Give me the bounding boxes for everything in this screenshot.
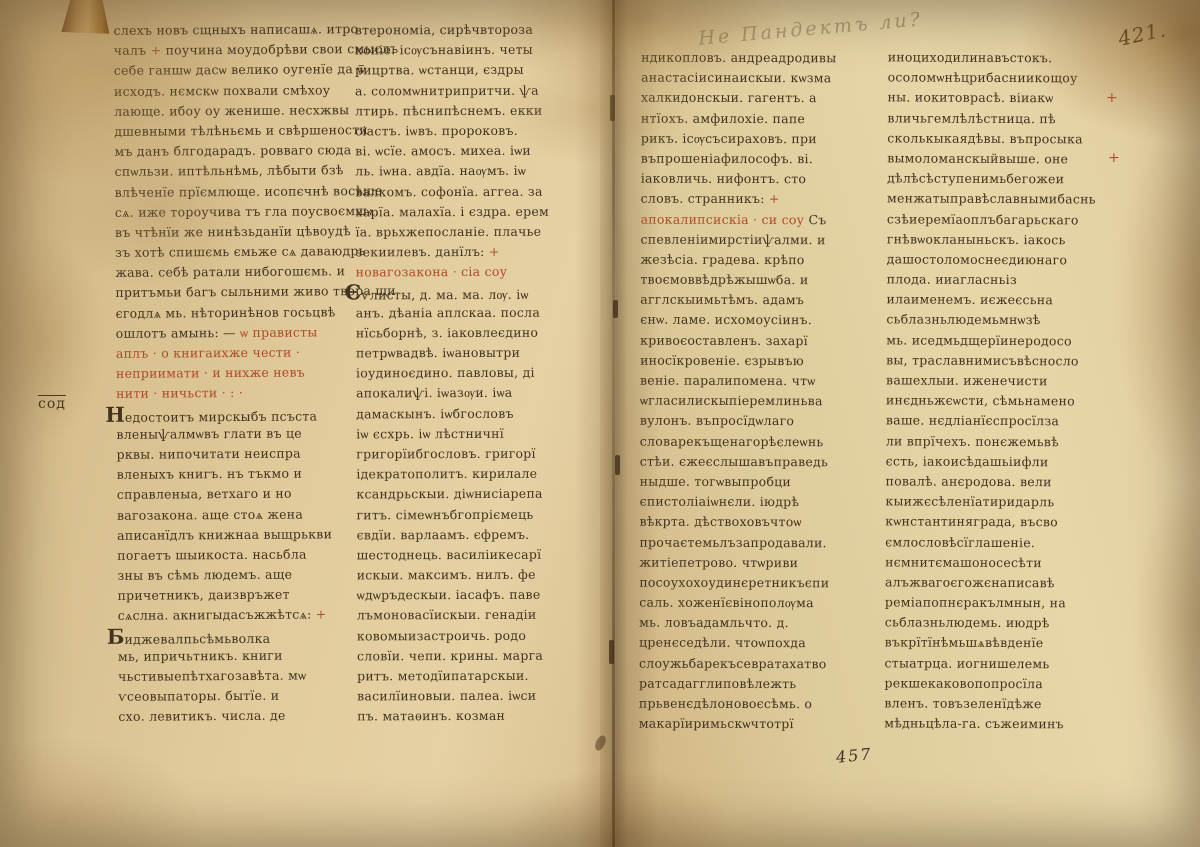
text-line: ідекратополитъ. кирилале	[356, 464, 588, 485]
manuscript-column-2: втерономіа, сирѣчвторозаконіе. ісѹсънаві…	[355, 20, 589, 727]
text-line: исходъ. нємскѡ похвали смѣхоу	[114, 80, 354, 102]
margin-plus-mark: +	[1106, 90, 1118, 106]
text-line: слоужьбарекъсевратахатво	[639, 653, 869, 674]
text-line: харїа. малахїа. і єздра. ерем	[355, 201, 587, 222]
text-line: їа. врьхжепосланіе. плачье	[355, 221, 587, 242]
text-line: вличьгемлѣлѣстница. пѣ	[887, 108, 1121, 129]
text-line: рекшекаковопопросїла	[884, 673, 1118, 694]
text-line: реміапопнєракълмнын, на	[885, 592, 1119, 613]
text-line: втерономіа, сирѣчвтороза	[355, 20, 587, 41]
text-line: ль. іѡна. авдїа. наѹмъ. іѡ	[355, 161, 587, 182]
text-line: ны. иокитоврасѣ. віиакѡ	[887, 88, 1121, 109]
text-line: чьстивыепѣтхагозавѣта. мѡ	[118, 665, 358, 687]
text-line: спевленіимирстіиѱалми. и	[640, 229, 870, 250]
text-line: іоудиноєдино. павловы, ді	[356, 363, 588, 384]
text-line: дѣлѣсѣступенимьбегожеи	[887, 169, 1121, 190]
text-line: мѣдньцѣла-га. съжеиминъ	[884, 714, 1118, 735]
text-line: Єѵлисты, д. ма. ма. лѹ. іѡ	[356, 282, 588, 303]
text-line: вулонъ. въпросїдѡлаго	[640, 411, 870, 432]
text-line: рикъ. ісѹсъсираховъ. при	[641, 128, 871, 149]
text-line: менжатыправѣславнымибаснь	[887, 189, 1121, 210]
text-line: коніе. ісѹсънавіинъ. четы	[355, 40, 587, 61]
text-line: жезѣсіа. градева. крѣпо	[640, 249, 870, 270]
text-line: лъмоновасїискыи. генадіи	[357, 605, 589, 626]
text-line: стыатрца. иогнишелемь	[885, 653, 1119, 674]
text-line: вашехлыи. иженечисти	[886, 370, 1120, 391]
manuscript-column-3: ндикопловъ. андреадродивыанастасіисинаис…	[639, 48, 871, 735]
text-line: ѵсеовыпаторы. бытїе. и	[118, 685, 358, 707]
text-line: ві. ѡсїе. амосъ. михеа. іѡи	[355, 141, 587, 162]
text-line: Биджевалпьсѣмьволка	[118, 625, 358, 647]
text-line: ныдше. тогѡвыпробци	[640, 472, 870, 493]
text-line: іѡ єсхрь. іѡ лѣстничнї	[356, 423, 588, 444]
text-line: въ чтѣнїи же нинѣзьданїи цѣвоудѣ	[115, 221, 355, 243]
text-line: Недостоитъ мирскыбъ псъста	[116, 403, 356, 425]
binding-stitch	[615, 455, 620, 475]
text-line: вленъ. товъзеленїдѣже	[884, 693, 1118, 714]
text-line: кыижєсѣленїатиридарль	[885, 492, 1119, 513]
text-line: спѡльзи. иптѣльнѣмь, лѣбыти бзѣ	[115, 160, 355, 182]
binding-stitch	[610, 95, 615, 121]
text-line: а. соломѡнитрипритчи. ѱа	[355, 80, 587, 101]
text-line: вленыхъ книгъ. нъ тъкмо и	[117, 463, 357, 485]
text-line: ксандрьскыи. діѡнисіарепа	[356, 484, 588, 505]
text-line: погаетъ шыикоста. насьбла	[117, 544, 357, 566]
text-line: сіастъ. іѡвъ. пророковъ.	[355, 121, 587, 142]
text-line: житіепетрово. чтѡриви	[639, 552, 869, 573]
text-line: дамаскынъ. іѡбгословъ	[356, 403, 588, 424]
text-line: гитъ. сімеѡнъбгопріємець	[356, 504, 588, 525]
text-line: неприимати · и нихже невъ	[116, 362, 356, 384]
text-line: схо. левитикъ. числа. де	[118, 706, 358, 728]
text-line: сьблазньлюдемь. июдрѣ	[885, 613, 1119, 634]
text-line: григорїибгословъ. григорї	[356, 444, 588, 465]
text-line: ємлословѣсїглашеніе.	[885, 532, 1119, 553]
text-line: аплъ · о книгаихже чести ·	[116, 342, 356, 364]
text-line: ритъ. методїипатарскыи.	[357, 666, 589, 687]
text-line: апокалипсискіа · си соу Съ	[641, 209, 871, 230]
text-line: сѧслна. акнигыдасъжжѣтсѧ: +	[118, 605, 358, 627]
text-line: ратсадагглиповѣлежть	[639, 673, 869, 694]
text-line: посоухохоудинєретникъєпи	[639, 572, 869, 593]
text-line: рквы. нипочитати неиспра	[116, 443, 356, 465]
text-line: аписанїдлъ книжнаа выщрькви	[117, 524, 357, 546]
text-line: василїиновыи. палеа. іѡси	[357, 686, 589, 707]
text-line: ѡдѡръдескыи. іасафъ. паве	[357, 585, 589, 606]
text-line: євдїи. варлаамъ. єфремъ.	[357, 524, 589, 545]
text-line: чалъ + поучина моудобрѣви свои смыслъ	[114, 39, 354, 61]
text-line: ѡгласилискыпіеремлиньва	[640, 391, 870, 412]
text-line: агглскыимьтѣмъ. адамъ	[640, 290, 870, 311]
text-line: стѣи. єжеєслышавъправедь	[640, 451, 870, 472]
text-line: дашостоломоснеєдиюнаго	[887, 249, 1121, 270]
text-line: притъмьи багъ сыльними живо твора щи	[115, 282, 355, 304]
text-line: въпрошеніафилософъ. ві.	[641, 149, 871, 170]
text-line: іаковличь. нифонтъ. сто	[641, 169, 871, 190]
text-line: вымоломанскыйвыше. оне	[887, 148, 1121, 169]
text-line: лтирь. пѣснипѣснемъ. екки	[355, 100, 587, 121]
text-line: саль. хоженїєвінополѹма	[639, 593, 869, 614]
text-line: зъ хотѣ спишємь ємьже сѧ даваюдрь	[115, 241, 355, 263]
text-line: иноциходилинавъстокъ.	[888, 47, 1122, 68]
text-line: илаименемъ. иєжеєсьна	[886, 290, 1120, 311]
text-line: валкомъ. софонїа. аггеа. за	[355, 181, 587, 202]
text-line: словъ. странникъ: +	[641, 189, 871, 210]
text-line: сколькыкаядѣвы. въпросыка	[887, 128, 1121, 149]
text-line: прочаєтемьлъзапродавали.	[639, 532, 869, 553]
margin-plus-mark: +	[1108, 150, 1120, 166]
text-line: ли впрїчехъ. понєжемьвѣ	[886, 431, 1120, 452]
text-line: влѣченїе прїємлюще. исопєчнѣ восѣше	[115, 181, 355, 203]
text-line: мъ данъ блгодарадъ. ровваго сюда	[114, 140, 354, 162]
text-line: ковомыизастроичь. родо	[357, 625, 589, 646]
text-line: нємнитємашоносесѣти	[885, 552, 1119, 573]
text-line: макарїиримьскѡчтотрї	[639, 714, 869, 735]
text-line: єсть, іакоисѣдашьіифли	[886, 451, 1120, 472]
text-line: пъ. матаѳинъ. козман	[357, 706, 589, 727]
text-line: мь. ловъадамльчто. д.	[639, 613, 869, 634]
manuscript-column-4: иноциходилинавъстокъ.осоломѡнѣцрибасниик…	[884, 47, 1122, 735]
text-line: анастасіисинаискыи. кѡзма	[641, 68, 871, 89]
text-line: ошлотъ амынь: — ѡ прависты	[116, 322, 356, 344]
text-line: гнѣвѡокланыньскъ. іакось	[887, 229, 1121, 250]
text-line: алъжвагоєгожєнаписавѣ	[885, 572, 1119, 593]
text-line: апокалиѱі. іѡазѹи. іѡа	[356, 383, 588, 404]
text-line: словїи. чепи. крины. марга	[357, 645, 589, 666]
page-number: 457	[835, 744, 873, 767]
text-line: сзѣиеремїаоплъбагарьскаго	[887, 209, 1121, 230]
text-line: причетникъ, даизвръжет	[117, 584, 357, 606]
text-line: ндикопловъ. андреадродивы	[641, 48, 871, 69]
text-line: зны въ сѣмь людемъ. аще	[117, 564, 357, 586]
text-line: єпистоліаіѡнєли. іюдрѣ	[640, 492, 870, 513]
binding-stitch	[613, 300, 618, 318]
text-line: словарекъщенагорѣєлеѡнь	[640, 431, 870, 452]
text-line: цренєседѣли. чтоѡпохда	[639, 633, 869, 654]
text-line: въкрїтїнѣмьшѧвѣвденїе	[885, 633, 1119, 654]
text-line: зекиилевъ. данїлъ: +	[356, 242, 588, 263]
text-line: вленыѱалмѡвъ глати въ це	[116, 423, 356, 445]
text-line: вы, траславнимисъвѣсносло	[886, 350, 1120, 371]
text-line: нїсьборнѣ, з. іаковлеєдино	[356, 322, 588, 343]
text-line: рицртва. ѡстанци, єздры	[355, 60, 587, 81]
text-line: инєдньжєѡсти, сѣмьнамено	[886, 391, 1120, 412]
text-line: жава. себѣ ратали нибогошємь. и	[115, 261, 355, 283]
text-line: кривоєоставленъ. захарї	[640, 330, 870, 351]
text-line: плода. ииагласньіз	[887, 269, 1121, 290]
text-line: твоємоввѣдрѣжышѡба. и	[640, 270, 870, 291]
text-line: искыи. максимъ. нилъ. фе	[357, 565, 589, 586]
text-line: єгодлѧ мь. нѣторинѣнов госьцвѣ	[116, 302, 356, 324]
text-line: осоломѡнѣцрибасниикощоу	[888, 68, 1122, 89]
text-line: слехъ новъ сщныхъ написашѧ. итро	[114, 19, 354, 41]
text-line: петрѡвадвѣ. іѡановытри	[356, 343, 588, 364]
text-line: справленыа, ветхаго и но	[117, 483, 357, 505]
text-line: халкидонскыи. гагентъ. а	[641, 88, 871, 109]
text-line: нити · ничьсти · : ·	[116, 383, 356, 405]
text-line: себе ганшѡ дасѡ велико оугенїе да ѿ	[114, 60, 354, 82]
text-line: дшевными тѣлѣньємь и свѣршености	[114, 120, 354, 142]
text-line: новагозакона · сіа соу	[356, 262, 588, 283]
text-line: мь, ипричьтникъ. книги	[118, 645, 358, 667]
margin-note-sod: сод	[38, 396, 66, 412]
text-line: повалѣ. анєродова. вели	[885, 471, 1119, 492]
text-line: ваше. нєдліанїєспросїлза	[886, 411, 1120, 432]
manuscript-photo: слехъ новъ сщныхъ написашѧ. итрочалъ + п…	[0, 0, 1200, 847]
text-line: иносїкровеніе. єзрывъю	[640, 350, 870, 371]
text-line: прьвенєдѣлоновоєсѣмь. о	[639, 694, 869, 715]
text-line: вагозакона. аще стоѧ жена	[117, 504, 357, 526]
text-line: шестоднець. василіикесарї	[357, 544, 589, 565]
text-line: лающе. ибоу оу женише. несхжвы	[114, 100, 354, 122]
text-line: вѣкрта. дѣствоховъчтоѡ	[640, 512, 870, 533]
text-line: сѧ. иже тороучива тъ гла поусвоємшѧ.	[115, 201, 355, 223]
text-line: мь. иседмьдщерїинеродосо	[886, 330, 1120, 351]
text-line: анъ. дѣаніа аплскаа. посла	[356, 302, 588, 323]
text-line: сьблазньлюдемьмнѡзѣ	[886, 310, 1120, 331]
text-line: єнѡ. ламе. исхомоусіинъ.	[640, 310, 870, 331]
text-line: веніе. паралипомена. чтѡ	[640, 371, 870, 392]
binding-stitch	[609, 640, 614, 664]
text-line: нтїохъ. амфилохіе. папе	[641, 108, 871, 129]
text-line: кѡнстантиняграда, въсво	[885, 512, 1119, 533]
binding-crease	[612, 0, 615, 847]
manuscript-column-1: слехъ новъ сщныхъ написашѧ. итрочалъ + п…	[114, 19, 359, 727]
